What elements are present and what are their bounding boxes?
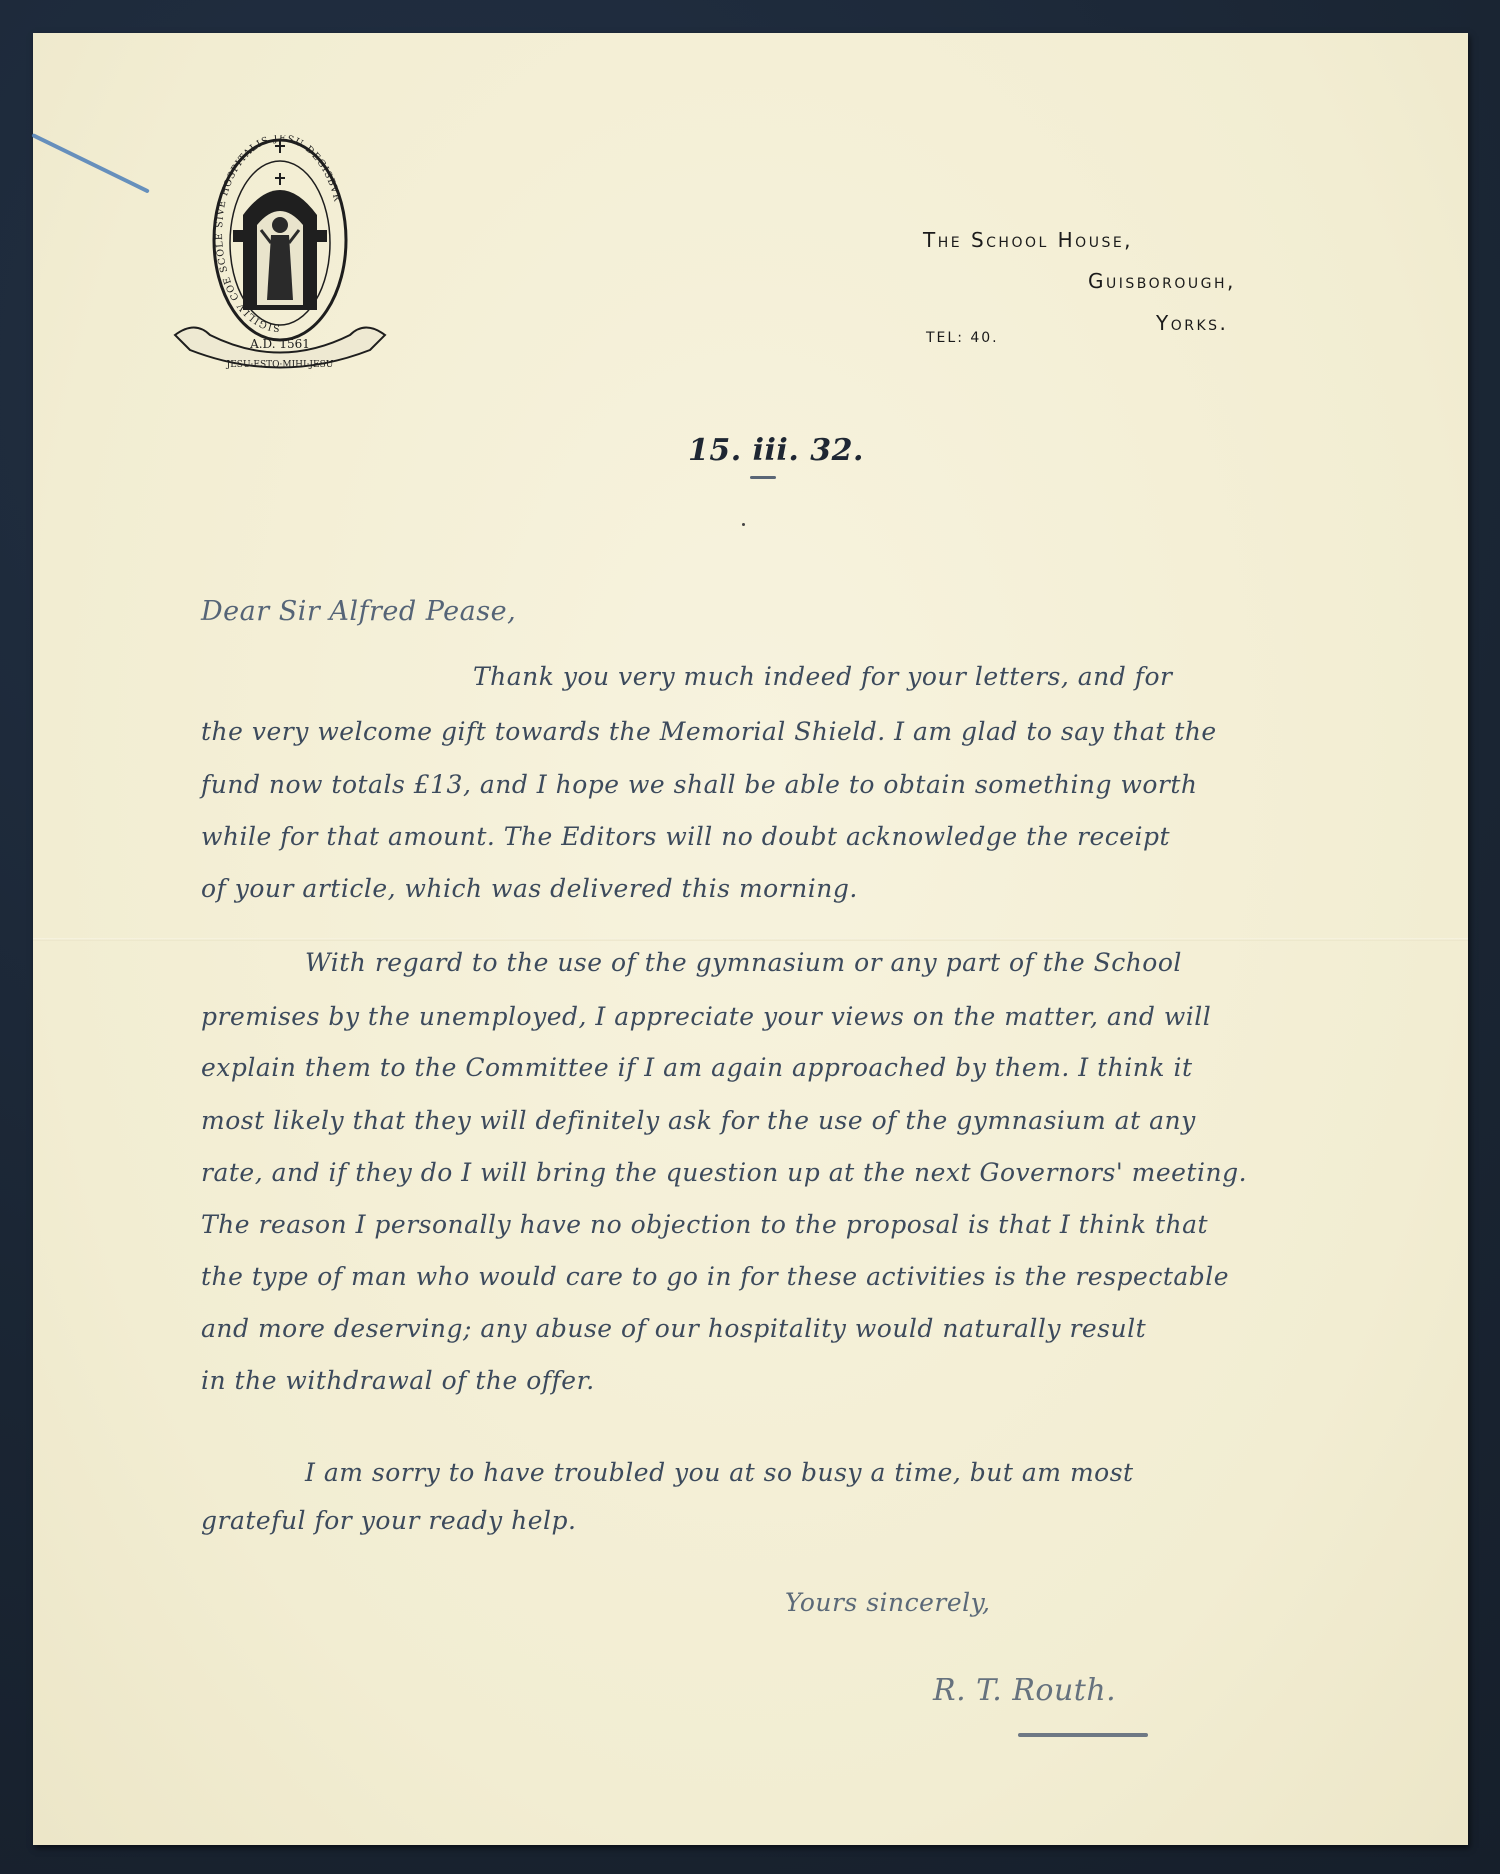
body-line: With regard to the use of the gymnasium … bbox=[305, 948, 1182, 977]
body-line: I am sorry to have troubled you at so bu… bbox=[305, 1458, 1134, 1487]
salutation: Dear Sir Alfred Pease, bbox=[201, 596, 516, 627]
body-line: most likely that they will definitely as… bbox=[201, 1106, 1196, 1135]
fold-crease bbox=[33, 938, 1468, 941]
blue-pencil-mark bbox=[31, 133, 150, 194]
body-line: premises by the unemployed, I appreciate… bbox=[201, 1002, 1211, 1031]
body-line: explain them to the Committee if I am ag… bbox=[201, 1053, 1193, 1082]
letter-date: 15. iii. 32. bbox=[688, 433, 864, 468]
body-line: grateful for your ready help. bbox=[201, 1506, 576, 1535]
body-line: the type of man who would care to go in … bbox=[201, 1262, 1229, 1291]
telephone-number: TEL: 40. bbox=[926, 330, 999, 346]
body-line: The reason I personally have no objectio… bbox=[201, 1210, 1208, 1239]
date-underline bbox=[750, 476, 776, 479]
ink-dot bbox=[742, 523, 745, 526]
letter-paper: SIGILLV COE SCOLE SIVE HOSPITALIS JESU D… bbox=[33, 33, 1468, 1845]
crest-ribbon-motto: JESU·ESTO·MIHI·JESU bbox=[226, 360, 334, 370]
body-line: and more deserving; any abuse of our hos… bbox=[201, 1314, 1146, 1343]
closing: Yours sincerely, bbox=[785, 1588, 990, 1617]
address-line-1: The School House, bbox=[923, 228, 1133, 252]
address-line-3: Yorks. bbox=[1156, 311, 1228, 335]
address-line-2: Guisborough, bbox=[1088, 269, 1236, 293]
body-line: in the withdrawal of the offer. bbox=[201, 1366, 595, 1395]
body-line: fund now totals £13, and I hope we shall… bbox=[201, 770, 1198, 799]
crest-year: A.D. 1561 bbox=[249, 337, 310, 351]
body-line: while for that amount. The Editors will … bbox=[201, 822, 1170, 851]
school-crest-icon: SIGILLV COE SCOLE SIVE HOSPITALIS JESU D… bbox=[165, 135, 395, 385]
body-line: Thank you very much indeed for your lett… bbox=[473, 662, 1172, 691]
body-line: the very welcome gift towards the Memori… bbox=[201, 717, 1217, 746]
signature-underline bbox=[1018, 1733, 1148, 1737]
signature: R. T. Routh. bbox=[933, 1673, 1116, 1708]
body-line: rate, and if they do I will bring the qu… bbox=[201, 1158, 1247, 1187]
body-line: of your article, which was delivered thi… bbox=[201, 874, 858, 903]
